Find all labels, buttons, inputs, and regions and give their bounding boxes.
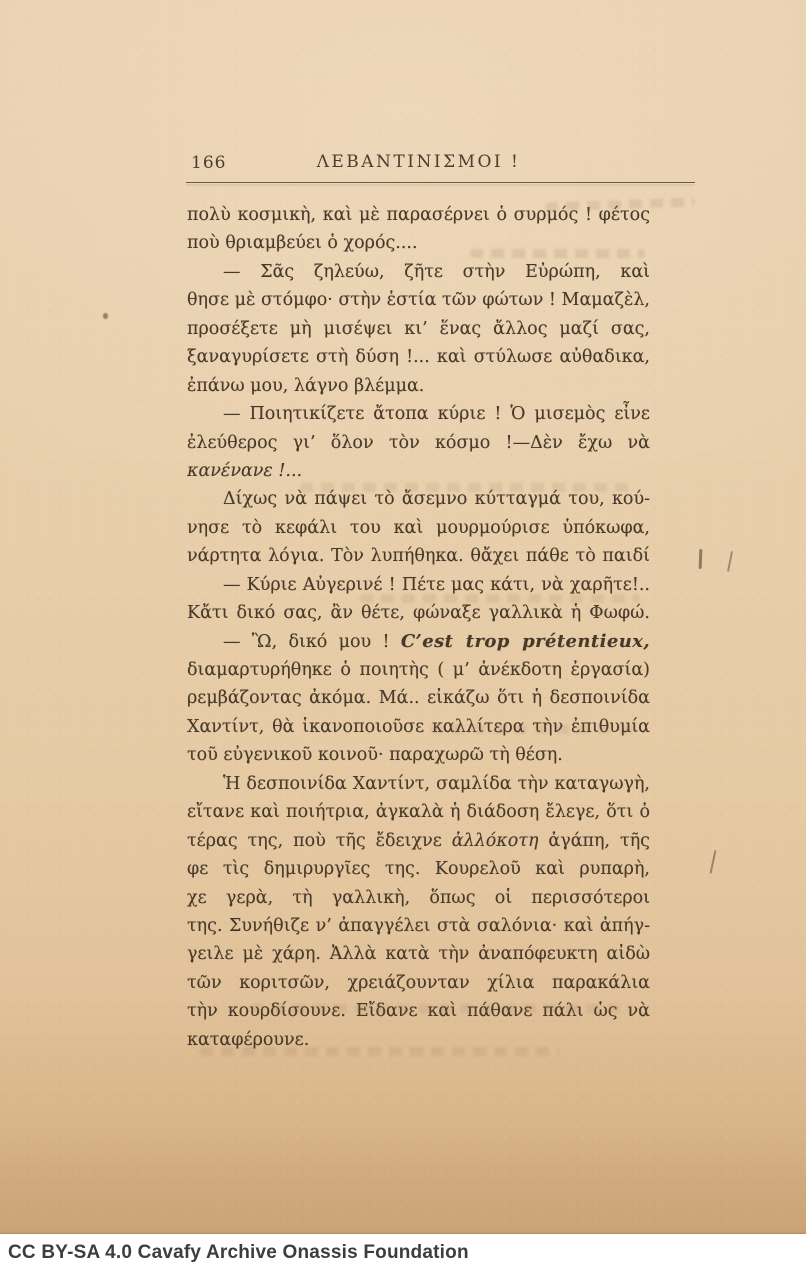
text-line: ξαναγυρίσετε στὴ δύση !... καὶ στύλωσε α… <box>187 343 650 371</box>
text-line: νησε τὸ κεφάλι του καὶ μουρμούρισε ὑπόκω… <box>187 514 650 542</box>
text-line: καταφέρουνε. <box>187 1026 650 1054</box>
text-segment: της. Συνήθιζε ν’ ἀπαγγέλει στὰ σαλόνια· … <box>187 916 650 936</box>
text-segment: ἐλεύθερος γι’ ὅλον τὸν κόσμο !—Δὲν ἔχω ν… <box>187 433 650 457</box>
text-line: γειλε μὲ χάρη. Ἀλλὰ κατὰ τὴν ἀναπόφευκτη… <box>187 940 650 968</box>
text-segment: — Ποιητικίζετε ἄτοπα κύριε ! Ὁ μισεμὸς ε… <box>223 404 650 424</box>
text-segment: τὴν κουρδίσουνε. Εἴδανε καὶ πάθανε πάλι … <box>187 1001 650 1025</box>
text-line: ρεμβάζοντας ἀκόμα. Μά.. εἰκάζω ὅτι ἡ δεσ… <box>187 684 650 712</box>
text-segment: εἴτανε καὶ ποιήτρια, ἀγκαλὰ ἡ διάδοση ἔλ… <box>187 802 650 826</box>
running-title: ΛΕΒΑΝΤΙΝΙΣΜΟΙ ! <box>187 152 650 172</box>
pencil-mark <box>699 549 702 569</box>
text-segment: κανένανε !... <box>187 461 302 481</box>
license-text: CC BY-SA 4.0 Cavafy Archive Onassis Foun… <box>8 1242 469 1264</box>
text-line: Κἄτι δικό σας, ἂν θέτε, φώναξε γαλλικὰ ἡ… <box>187 599 650 627</box>
text-segment: ἐπάνω μου, λάγνο βλέμμα. <box>187 376 424 396</box>
text-line: της. Συνήθιζε ν’ ἀπαγγέλει στὰ σαλόνια· … <box>187 912 650 940</box>
text-segment: νησε τὸ κεφάλι του καὶ μουρμούρισε ὑπόκω… <box>187 518 650 542</box>
text-line: ἐπάνω μου, λάγνο βλέμμα. <box>187 372 650 400</box>
text-segment: ἀλλόκοτη <box>452 831 539 851</box>
text-line: Δίχως νὰ πάψει τὸ ἄσεμνο κύτταγμά του, κ… <box>187 485 650 513</box>
text-line: Χαντίντ, θὰ ἱκανοποιοῦσε καλλίτερα τὴν ἐ… <box>187 713 650 741</box>
pencil-mark <box>710 850 717 874</box>
text-line: — Σᾶς ζηλεύω, ζῆτε στὴν Εὐρώπη, καὶ ξακο… <box>187 258 650 286</box>
text-line: τῶν κοριτσῶν, χρειάζουνταν χίλια παρακάλ… <box>187 969 650 997</box>
text-segment: νάρτητα λόγια. Τὸν λυπήθηκα. θἄχει πάθε … <box>187 546 650 570</box>
text-segment: προσέξετε μὴ μισέψει κι’ ἕνας ἄλλος μαζί… <box>187 319 650 343</box>
text-segment: — Ὢ, δικό μου ! <box>223 632 401 652</box>
license-bar: CC BY-SA 4.0 Cavafy Archive Onassis Foun… <box>0 1234 806 1271</box>
text-segment: χε γερὰ, τὴ γαλλικὴ, ὅπως οἱ περισσότερο… <box>187 888 650 912</box>
text-line: χε γερὰ, τὴ γαλλικὴ, ὅπως οἱ περισσότερο… <box>187 884 650 912</box>
text-segment: τῶν κοριτσῶν, χρειάζουνταν χίλια παρακάλ… <box>187 973 650 997</box>
text-line: τοῦ εὐγενικοῦ κοινοῦ· παραχωρῶ τὴ θέση. <box>187 741 650 769</box>
header-rule <box>186 182 695 183</box>
text-line: ποὺ θριαμβεύει ὁ χορός.... <box>187 229 650 257</box>
text-line: κανένανε !... <box>187 457 650 485</box>
text-segment: ποὺ θριαμβεύει ὁ χορός.... <box>187 233 418 253</box>
text-segment: γειλε μὲ χάρη. Ἀλλὰ κατὰ τὴν ἀναπόφευκτη… <box>187 944 650 964</box>
text-line: τέρας της, ποὺ τῆς ἔδειχνε ἀλλόκοτη ἀγάπ… <box>187 827 650 855</box>
text-line: Ἡ δεσποινίδα Χαντίντ, σαμλίδα τὴν καταγω… <box>187 770 650 798</box>
text-segment: ρεμβάζοντας ἀκόμα. Μά.. εἰκάζω ὅτι ἡ δεσ… <box>187 688 650 708</box>
text-segment: διαμαρτυρήθηκε ὁ ποιητὴς ( μ’ ἀνέκδοτη ἐ… <box>187 660 650 680</box>
text-segment: ξαναγυρίσετε στὴ δύση !... καὶ στύλωσε α… <box>187 347 650 367</box>
text-segment: πολὺ κοσμικὴ, καὶ μὲ παρασέρνει ὁ συρμός… <box>187 205 650 225</box>
text-segment: Ἡ δεσποινίδα Χαντίντ, σαμλίδα τὴν καταγω… <box>223 774 650 794</box>
text-segment: Κἄτι δικό σας, ἂν θέτε, φώναξε γαλλικὰ ἡ… <box>187 603 650 623</box>
scanned-book-page: 166 ΛΕΒΑΝΤΙΝΙΣΜΟΙ ! πολὺ κοσμικὴ, καὶ μὲ… <box>0 0 806 1271</box>
text-line: εἴτανε καὶ ποιήτρια, ἀγκαλὰ ἡ διάδοση ἔλ… <box>187 798 650 826</box>
pencil-mark <box>727 551 733 572</box>
text-line: φε τὶς δημιρυργῖες της. Κουρελοῦ καὶ ρυπ… <box>187 855 650 883</box>
text-line: — Ὢ, δικό μου ! C’est trop prétentieux, <box>187 628 650 656</box>
text-line: — Ποιητικίζετε ἄτοπα κύριε ! Ὁ μισεμὸς ε… <box>187 400 650 428</box>
text-segment: Δίχως νὰ πάψει τὸ ἄσεμνο κύτταγμά του, κ… <box>223 489 650 509</box>
text-segment: φε τὶς δημιρυργῖες της. Κουρελοῦ καὶ ρυπ… <box>187 859 650 883</box>
text-segment: τοῦ εὐγενικοῦ κοινοῦ· παραχωρῶ τὴ θέση. <box>187 745 563 765</box>
text-segment: — Κύριε Αὐγερινέ ! Πέτε μας κάτι, νὰ χαρ… <box>223 575 650 595</box>
text-segment: — Σᾶς ζηλεύω, ζῆτε στὴν Εὐρώπη, καὶ ξακο… <box>223 262 650 286</box>
text-line: τὴν κουρδίσουνε. Εἴδανε καὶ πάθανε πάλι … <box>187 997 650 1025</box>
text-line: διαμαρτυρήθηκε ὁ ποιητὴς ( μ’ ἀνέκδοτη ἐ… <box>187 656 650 684</box>
text-line: νάρτητα λόγια. Τὸν λυπήθηκα. θἄχει πάθε … <box>187 542 650 570</box>
text-segment: θησε μὲ στόμφο· στὴν ἑστία τῶν φώτων ! Μ… <box>187 290 650 310</box>
ink-speck <box>103 313 108 319</box>
text-line: προσέξετε μὴ μισέψει κι’ ἕνας ἄλλος μαζί… <box>187 315 650 343</box>
text-line: ἐλεύθερος γι’ ὅλον τὸν κόσμο !—Δὲν ἔχω ν… <box>187 429 650 457</box>
text-line: πολὺ κοσμικὴ, καὶ μὲ παρασέρνει ὁ συρμός… <box>187 201 650 229</box>
body-text: πολὺ κοσμικὴ, καὶ μὲ παρασέρνει ὁ συρμός… <box>187 201 650 1054</box>
text-line: θησε μὲ στόμφο· στὴν ἑστία τῶν φώτων ! Μ… <box>187 286 650 314</box>
text-segment: καταφέρουνε. <box>187 1030 309 1050</box>
text-segment: Χαντίντ, θὰ ἱκανοποιοῦσε καλλίτερα τὴν ἐ… <box>187 717 650 737</box>
text-line: — Κύριε Αὐγερινέ ! Πέτε μας κάτι, νὰ χαρ… <box>187 571 650 599</box>
french-phrase: C’est trop prétentieux, <box>401 631 650 652</box>
ink-speck <box>478 214 481 217</box>
text-segment: τέρας της, ποὺ τῆς ἔδειχνε <box>187 831 452 851</box>
